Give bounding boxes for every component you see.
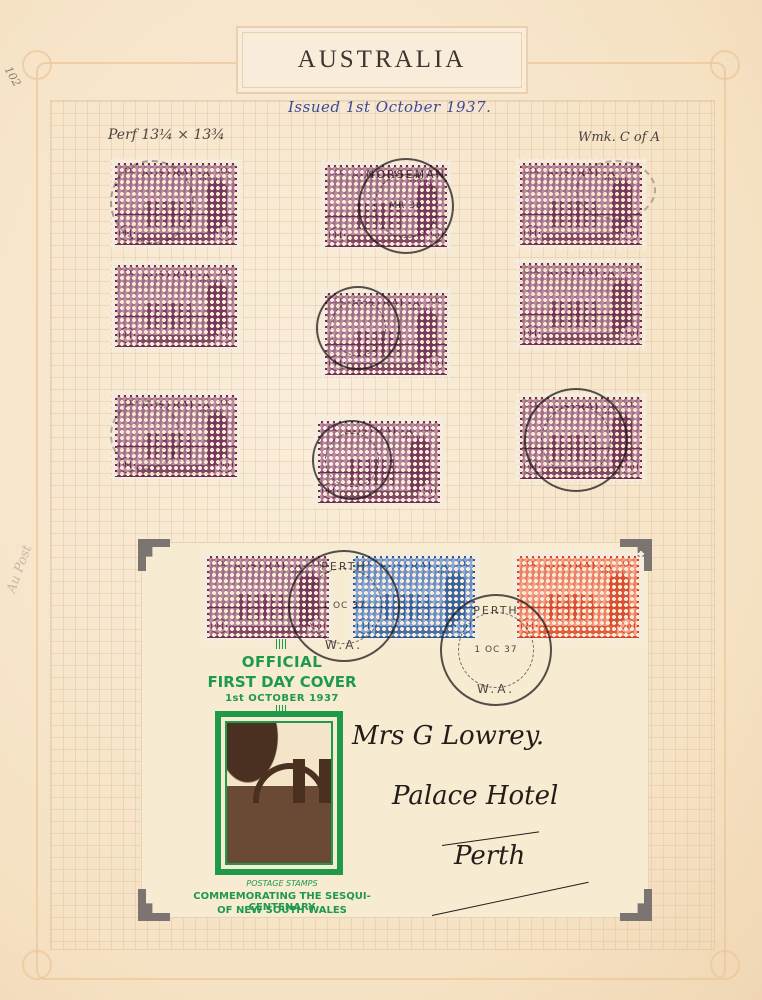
stamp-value: 9d bbox=[217, 327, 233, 343]
margin-side-note: Au Post bbox=[4, 543, 35, 595]
stamp-value: 9d bbox=[329, 227, 345, 243]
stamp: 1788AUSTRALIA1938POSTAGE9d9d bbox=[320, 288, 452, 380]
cachet-first-day-cover: FIRST DAY COVER bbox=[196, 673, 368, 691]
stamp-value: 9d bbox=[211, 618, 227, 634]
first-day-cover: 1788AUSTRALIA1938POSTAGE9d9d1788AUSTRALI… bbox=[142, 543, 648, 917]
cachet-date: 1st OCTOBER 1937 bbox=[196, 693, 368, 704]
stamp: 1788AUSTRALIA1938POSTAGE9d9d bbox=[515, 392, 647, 484]
harbour-bridge-illustration bbox=[215, 711, 343, 875]
photo-corner bbox=[620, 889, 652, 921]
watermark-note: Wmk. C of A bbox=[578, 130, 660, 145]
issued-note: Issued 1st October 1937. bbox=[288, 98, 491, 116]
stamp-value: 9d bbox=[119, 457, 135, 473]
stamp: 1788AUSTRALIA1938POSTAGE9d9d bbox=[110, 260, 242, 352]
stamp-value: 9d bbox=[524, 225, 540, 241]
scroll-ornament-icon bbox=[710, 950, 740, 980]
stamp-value: 2d bbox=[521, 618, 537, 634]
address-name: Mrs G Lowrey. bbox=[352, 721, 544, 751]
stamp-value: 9d bbox=[622, 325, 638, 341]
photo-corner bbox=[138, 539, 170, 571]
stamp-value: 9d bbox=[427, 355, 443, 371]
stamp-value: 2d bbox=[619, 618, 635, 634]
photo-corner bbox=[138, 889, 170, 921]
cachet-postage-stamps: POSTAGE STAMPS bbox=[196, 879, 368, 888]
stamp-value: 9d bbox=[217, 457, 233, 473]
stamp-value: 9d bbox=[217, 225, 233, 241]
stamp: 1788AUSTRALIA1938POSTAGE9d9d bbox=[515, 258, 647, 350]
title-panel: AUSTRALIA bbox=[236, 26, 528, 94]
stamp-value: 9d bbox=[524, 459, 540, 475]
stamp-value: 9d bbox=[329, 355, 345, 371]
stamp-value: 9d bbox=[622, 225, 638, 241]
stamp: 1788AUSTRALIA1938POSTAGE9d9d bbox=[313, 416, 445, 508]
scroll-ornament-icon bbox=[22, 950, 52, 980]
stamp: 1788AUSTRALIA1938POSTAGE3d3d bbox=[348, 551, 480, 643]
stamp-value: 9d bbox=[524, 325, 540, 341]
stamp: 1788AUSTRALIA1938POSTAGE9d9d bbox=[110, 158, 242, 250]
stamp: 1788AUSTRALIA1938POSTAGE2d2d bbox=[512, 551, 644, 643]
stamp-value: 3d bbox=[357, 618, 373, 634]
cachet-official: OFFICIAL bbox=[196, 653, 368, 671]
stamp-value: 9d bbox=[622, 459, 638, 475]
stamp-value: 9d bbox=[119, 327, 135, 343]
cachet-nsw: OF NEW SOUTH WALES bbox=[196, 905, 368, 916]
address-city: Perth bbox=[454, 841, 525, 871]
address-street: Palace Hotel bbox=[392, 781, 558, 811]
margin-number: 102 bbox=[2, 64, 24, 89]
cachet-ornament bbox=[276, 639, 288, 649]
perforation-note: Perf 13¼ × 13¾ bbox=[108, 127, 225, 143]
stamp: 1788AUSTRALIA1938POSTAGE9d9d bbox=[202, 551, 334, 643]
stamp: 1788AUSTRALIA1938POSTAGE9d9d bbox=[515, 158, 647, 250]
stamp-value: 9d bbox=[322, 483, 338, 499]
scroll-ornament-icon bbox=[22, 50, 52, 80]
album-page: AUSTRALIA Issued 1st October 1937. Perf … bbox=[0, 0, 762, 1000]
stamp-value: 3d bbox=[455, 618, 471, 634]
stamp: 1788AUSTRALIA1938POSTAGE9d9d bbox=[320, 160, 452, 252]
stamp-value: 9d bbox=[309, 618, 325, 634]
stamp: 1788AUSTRALIA1938POSTAGE9d9d bbox=[110, 390, 242, 482]
stamp-value: 9d bbox=[420, 483, 436, 499]
page-title: AUSTRALIA bbox=[298, 46, 467, 74]
stamp-value: 9d bbox=[119, 225, 135, 241]
stamp-value: 9d bbox=[427, 227, 443, 243]
scroll-ornament-icon bbox=[710, 50, 740, 80]
